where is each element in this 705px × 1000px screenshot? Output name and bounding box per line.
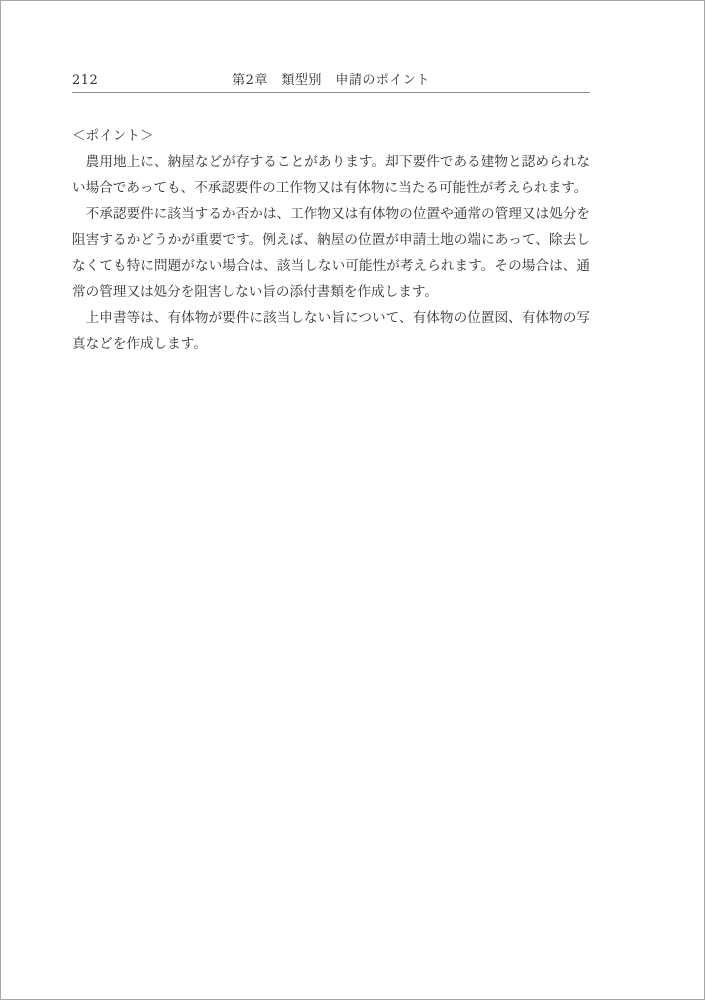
book-page: 212 第2章 類型別 申請のポイント ＜ポイント＞ 農用地上に、納屋などが存す… bbox=[0, 0, 705, 1000]
page-body: ＜ポイント＞ 農用地上に、納屋などが存することがあります。却下要件である建物と認… bbox=[72, 123, 590, 357]
header-rule bbox=[72, 92, 590, 93]
point-section-heading: ＜ポイント＞ bbox=[72, 123, 590, 149]
body-paragraph-1: 農用地上に、納屋などが存することがあります。却下要件である建物と認められない場合… bbox=[72, 149, 590, 201]
running-header: 212 第2章 類型別 申請のポイント bbox=[72, 73, 590, 91]
body-paragraph-2: 不承認要件に該当するか否かは、工作物又は有体物の位置や通常の管理又は処分を阻害す… bbox=[72, 201, 590, 305]
body-paragraph-3: 上申書等は、有体物が要件に該当しない旨について、有体物の位置図、有体物の写真など… bbox=[72, 305, 590, 357]
page-number: 212 bbox=[72, 73, 98, 89]
chapter-running-title: 第2章 類型別 申請のポイント bbox=[72, 73, 590, 89]
